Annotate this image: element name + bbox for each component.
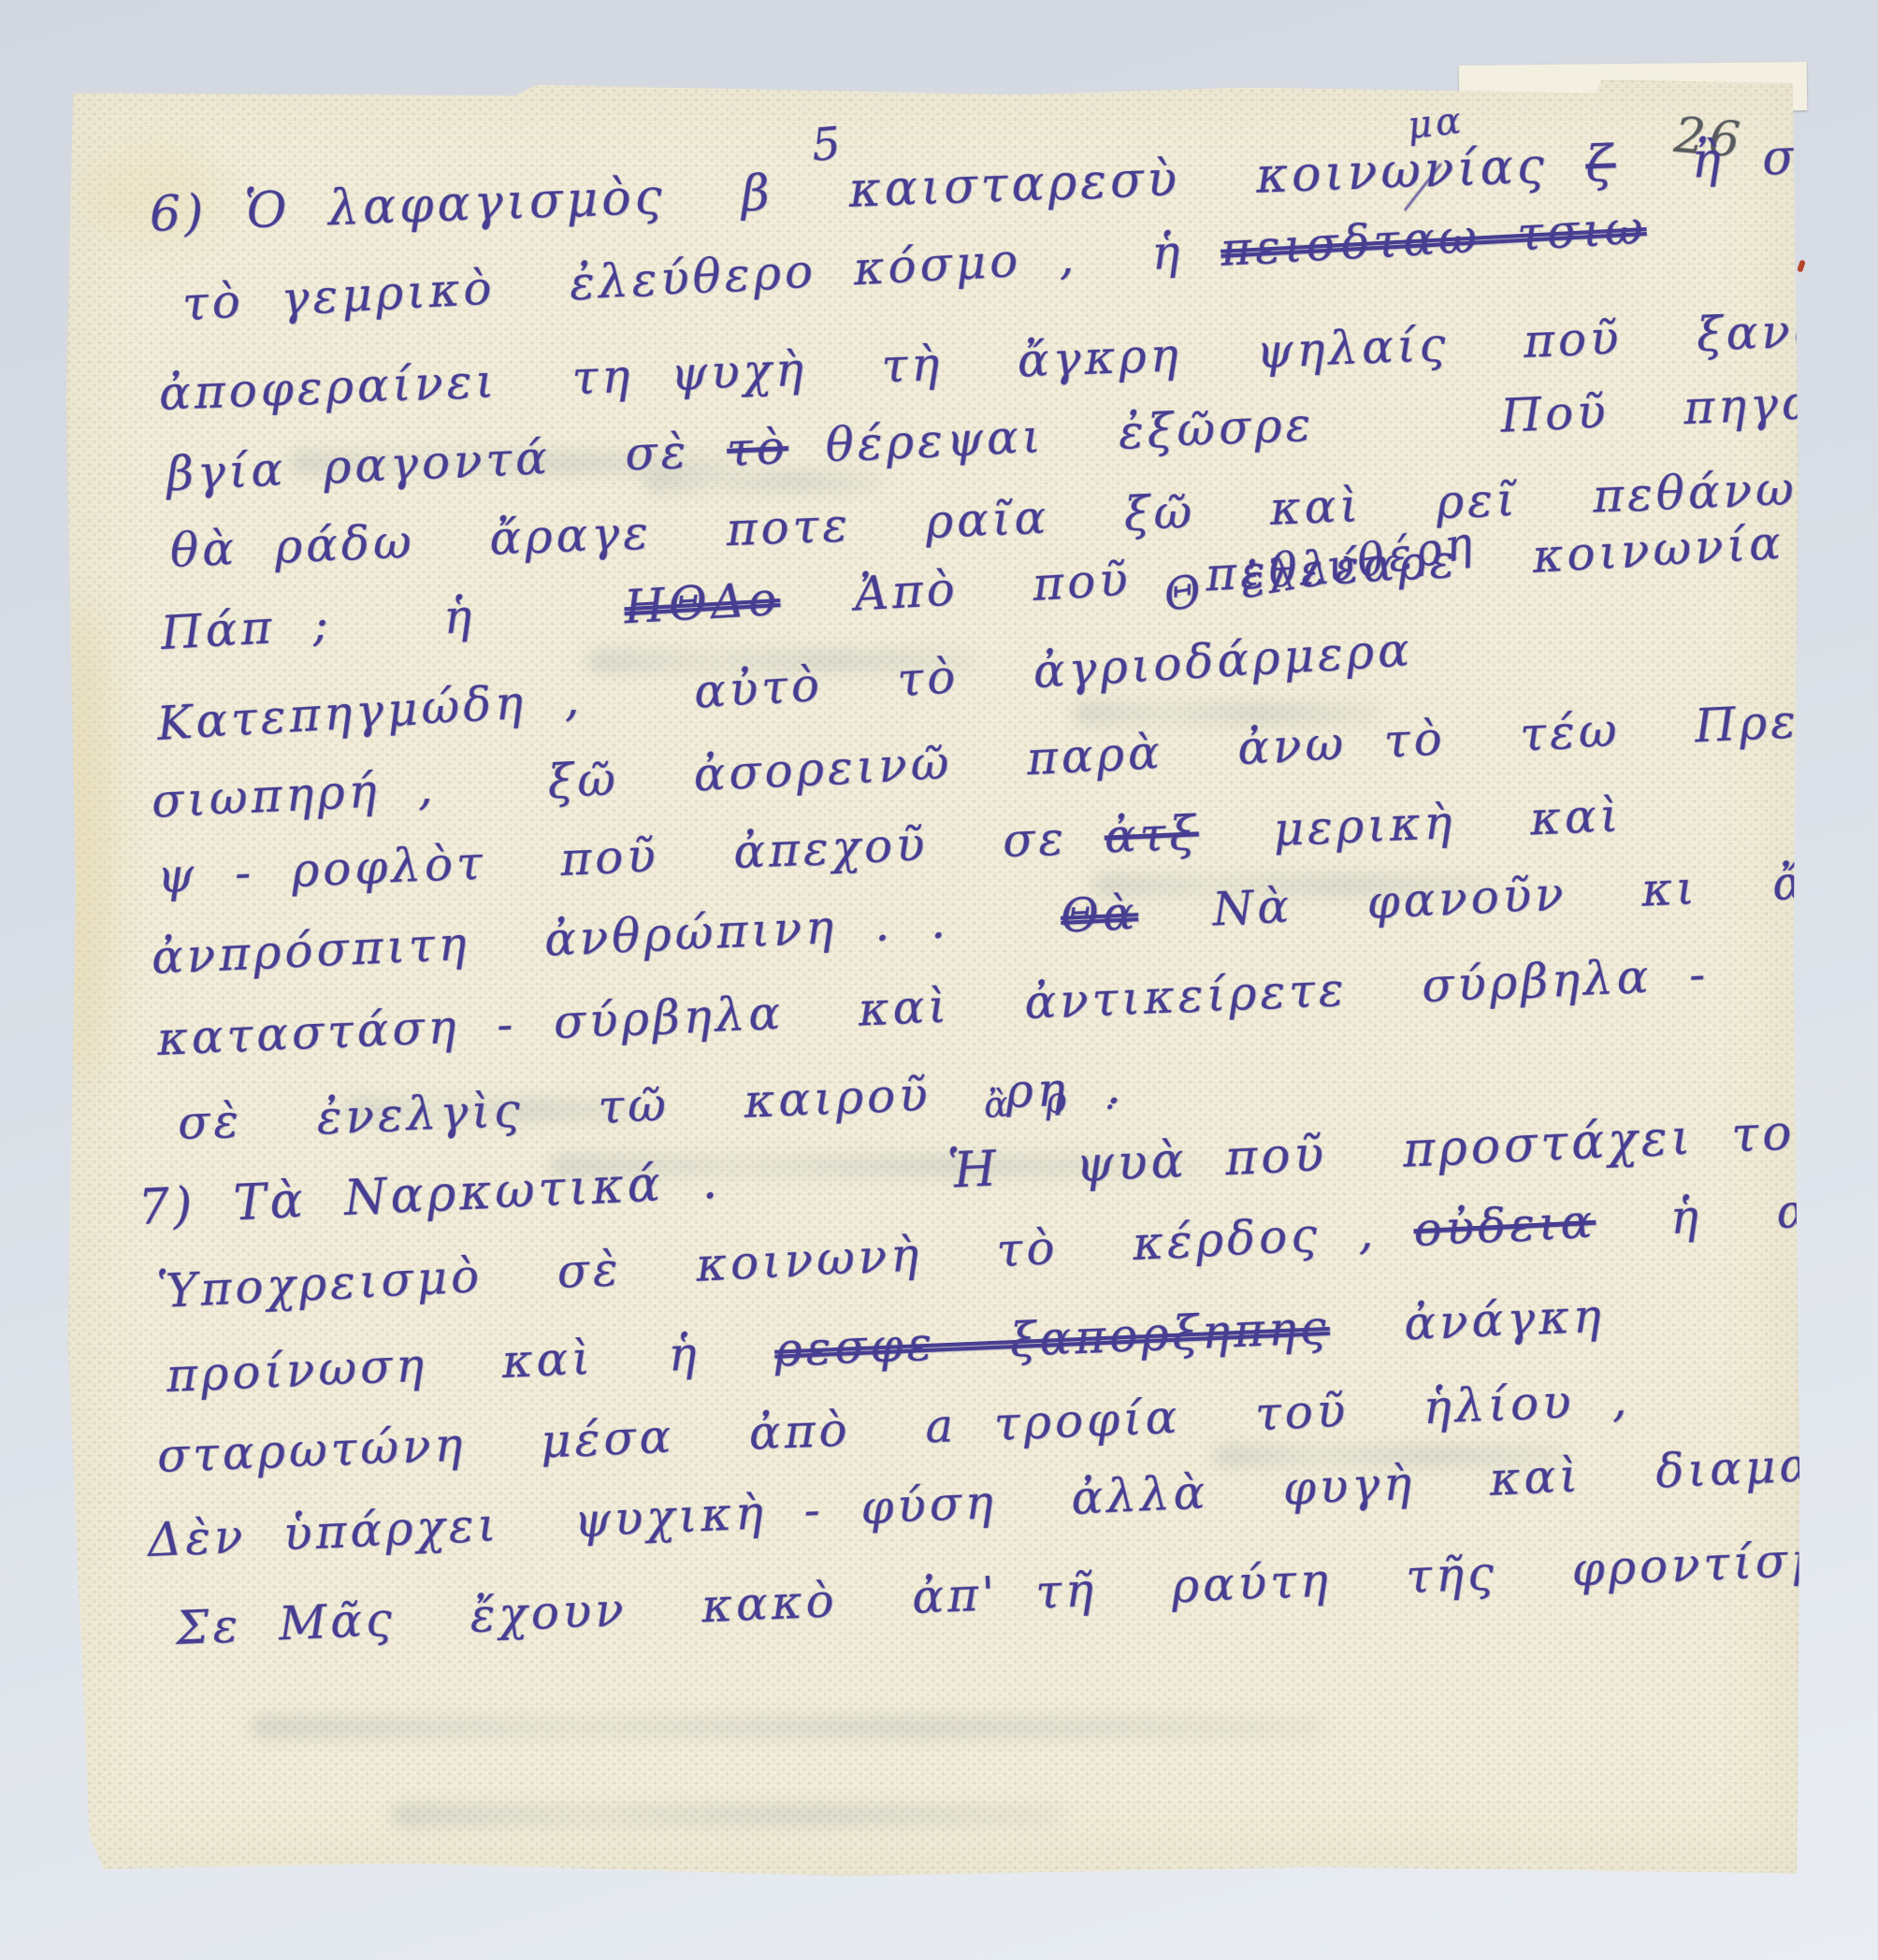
struck-text: ζ	[1584, 136, 1616, 193]
scanned-document: 26 5 μα Θ ἐλευθέρη ἂ ρ . 6) Ὁ λαφαγισμὸς…	[0, 0, 1878, 1960]
line-text: ἡ αὐτο-	[1595, 1178, 1878, 1248]
manuscript-paper: 26 5 μα Θ ἐλευθέρη ἂ ρ . 6) Ὁ λαφαγισμὸς…	[64, 77, 1801, 1881]
line-text: ψ - ροφλὸτ ποῦ ἀπεχοῦ σε	[156, 810, 1105, 903]
line-text: ἢ σάγη	[1614, 126, 1878, 193]
line-text: τὸ γεμρικὸ ἐλεύθερο κόσμο , ἡ	[181, 223, 1221, 331]
line-text: ἀνπρόσπιτη ἀνθρώπινη . .	[151, 889, 1062, 985]
line-text: μερικὴ καὶ	[1197, 787, 1623, 859]
line-text: Νὰ φανοῦν κι ἄξιοι	[1136, 850, 1878, 940]
line-text: Πάπ ; ἡ	[159, 580, 626, 660]
line-text: προίνωση καὶ ἡ	[166, 1323, 776, 1403]
interlinear-insertion: μα	[1406, 99, 1466, 148]
line-text: ρη .	[1004, 1059, 1125, 1118]
struck-text: ἀτξ	[1104, 805, 1200, 863]
red-ink-fleck	[1797, 259, 1806, 272]
line-text: ἀνάγκη	[1328, 1289, 1606, 1354]
line-text	[1847, 302, 1849, 356]
paper-stain	[51, 600, 116, 1087]
line-text: βγία ραγοντά σὲ	[166, 423, 729, 501]
struck-text: ΗΘΔο	[623, 571, 782, 634]
struck-text: τὸ	[726, 420, 789, 477]
line-text: σὲ ἐνελγὶς τῶ καιροῦ	[177, 1064, 1006, 1150]
handwritten-line: σὲ ἐνελγὶς τῶ καιροῦ ρη .	[177, 1059, 1125, 1150]
struck-text	[1847, 302, 1849, 356]
ink-showthrough	[251, 1715, 1326, 1739]
struck-text: οὐδεια	[1412, 1194, 1596, 1257]
struck-text: Θὰ	[1060, 886, 1139, 944]
ink-showthrough	[391, 1803, 1064, 1827]
struck-text: πεισδταω τσιω	[1220, 200, 1648, 277]
struck-text: ρεσφε ξαπορξηπης	[773, 1300, 1331, 1377]
